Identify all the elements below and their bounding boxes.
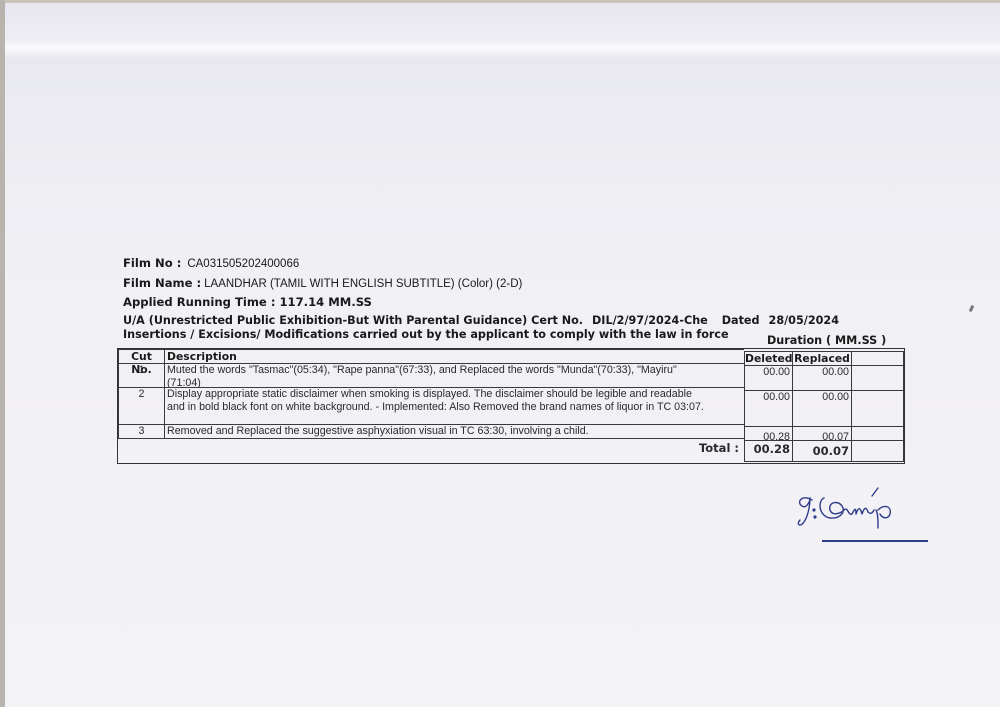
running-time-value: 117.14 MM.SS — [279, 295, 371, 309]
row-1-deleted: 00.00 — [744, 365, 793, 391]
row-1-description: Muted the words "Tasmac"(05:34), "Rape p… — [164, 363, 745, 388]
row-2-replaced: 00.00 — [792, 390, 852, 427]
header-cut-no: Cut No. — [118, 349, 165, 364]
film-name-line: Film Name :LAANDHAR (TAMIL WITH ENGLISH … — [123, 274, 839, 294]
row-3-description: Removed and Replaced the suggestive asph… — [164, 424, 745, 439]
scan-left-edge — [0, 0, 5, 707]
row-1-description-line-1: Muted the words "Tasmac"(05:34), "Rape p… — [167, 364, 744, 377]
row-1-replaced: 00.00 — [792, 365, 852, 391]
dated-value: 28/05/2024 — [769, 314, 839, 327]
film-details: Film No :CA031505202400066 Film Name :LA… — [123, 254, 839, 330]
row-2-description: Display appropriate static disclaimer wh… — [164, 387, 745, 425]
row-1-blank — [851, 365, 904, 391]
total-replaced: 00.07 — [792, 440, 852, 462]
row-2-description-line-1: Display appropriate static disclaimer wh… — [167, 388, 744, 401]
row-3-cut-no: 3 — [118, 424, 165, 439]
running-time-label: Applied Running Time : — [123, 295, 275, 309]
handwritten-signature-icon — [790, 484, 920, 539]
row-2-deleted: 00.00 — [744, 390, 793, 427]
film-no-label: Film No : — [123, 256, 181, 270]
header-description: Description — [164, 349, 744, 364]
film-no-value: CA031505202400066 — [187, 258, 299, 270]
film-name-value: LAANDHAR (TAMIL WITH ENGLISH SUBTITLE) (… — [204, 278, 522, 290]
row-2-blank — [851, 390, 904, 427]
insertions-heading: Insertions / Excisions/ Modifications ca… — [123, 328, 729, 341]
row-2-description-line-2: and in bold black font on white backgrou… — [167, 401, 744, 414]
film-name-label: Film Name : — [123, 276, 201, 290]
certificate-text: U/A (Unrestricted Public Exhibition-But … — [123, 314, 583, 327]
header-blank — [851, 351, 904, 366]
modifications-table: Cut No. Description Deleted Replaced 1 M… — [117, 348, 905, 464]
total-label: Total : — [118, 438, 745, 453]
row-3-deleted: 00.28 — [744, 426, 793, 441]
row-3-replaced: 00.07 — [792, 426, 852, 441]
row-3-blank — [851, 426, 904, 441]
duration-heading: Duration ( MM.SS ) — [767, 334, 886, 347]
header-deleted: Deleted — [744, 351, 793, 366]
row-2-cut-no: 2 — [118, 387, 165, 425]
signature-underline — [822, 540, 928, 542]
cert-no-value: DIL/2/97/2024-Che — [592, 314, 708, 327]
film-no-line: Film No :CA031505202400066 — [123, 254, 839, 274]
row-1-cut-no: 1 — [118, 363, 165, 388]
total-deleted: 00.28 — [744, 440, 793, 462]
header-replaced: Replaced — [792, 351, 852, 366]
dated-label: Dated — [722, 314, 760, 327]
scan-top-edge — [0, 0, 1000, 3]
running-time-line: Applied Running Time :117.14 MM.SS — [123, 293, 839, 312]
total-blank — [851, 440, 904, 462]
scan-speck — [969, 305, 975, 313]
